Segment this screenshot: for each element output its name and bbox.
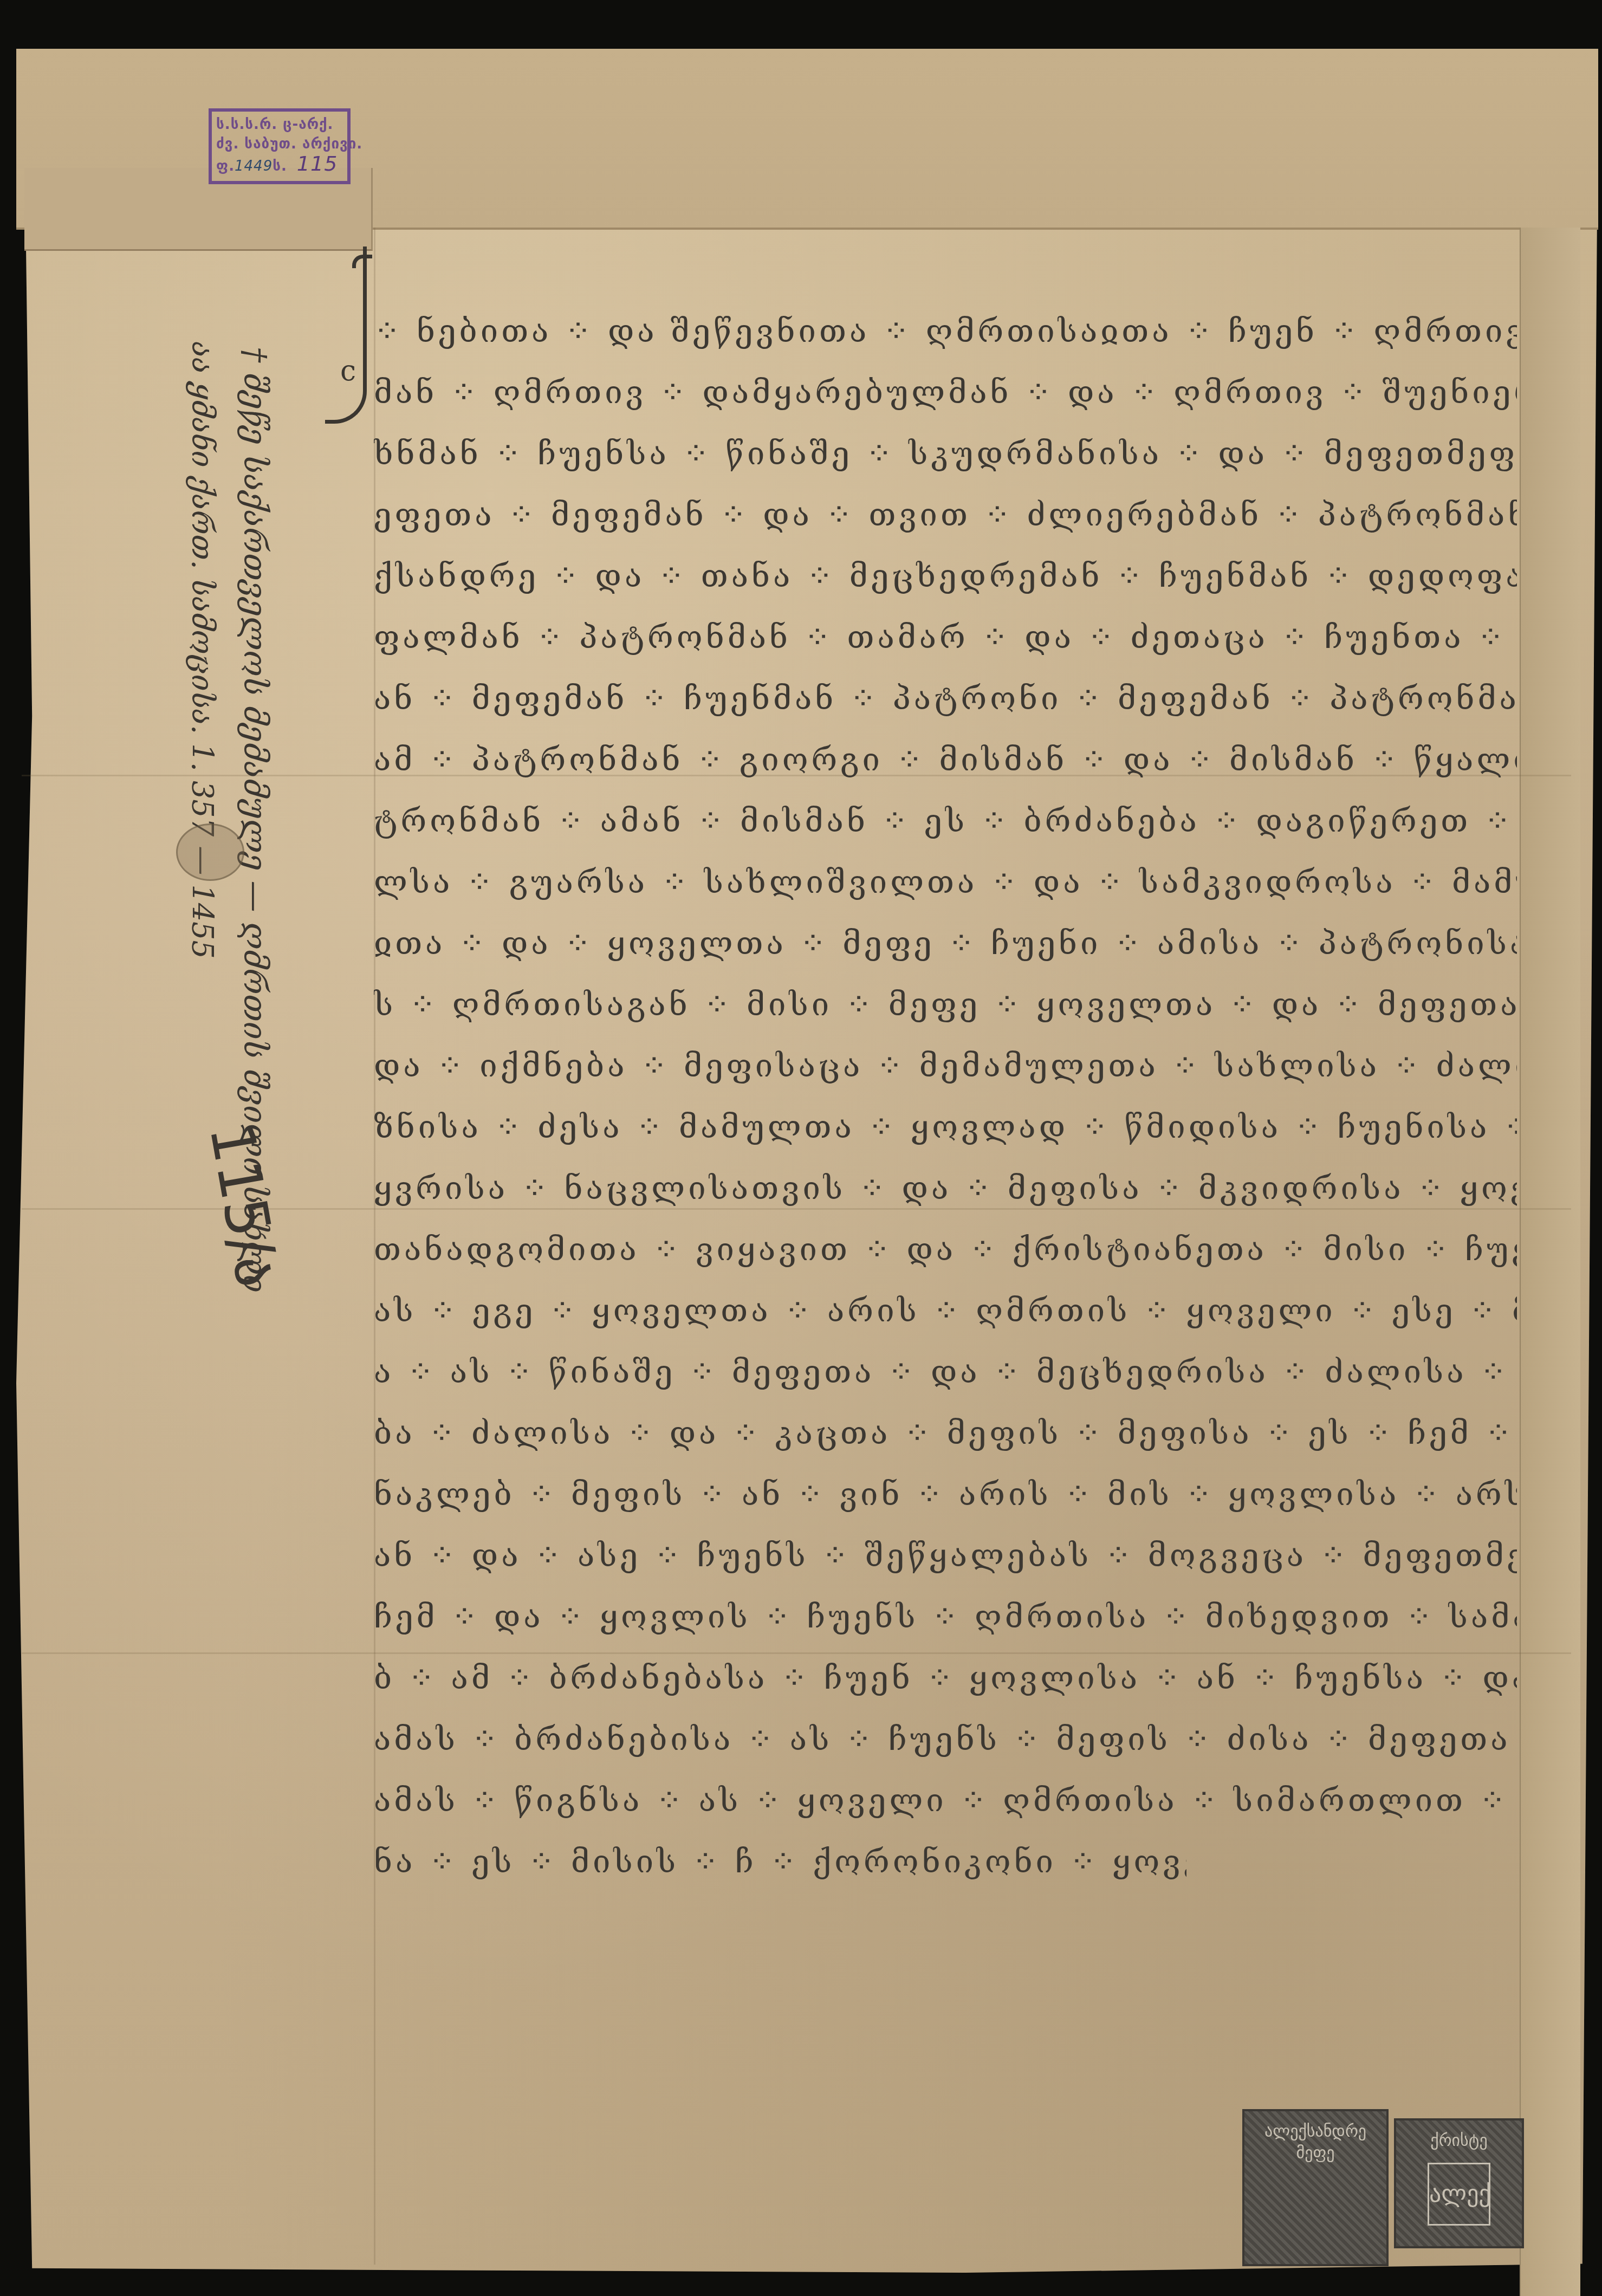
text-line: ეფეთა ⁘ მეფემან ⁘ და ⁘ თვით ⁘ ძლიერებმან… — [374, 484, 1517, 546]
text-line: ბა ⁘ ძალისა ⁘ და ⁘ კაცთა ⁘ მეფის ⁘ მეფის… — [374, 1403, 1517, 1464]
text-line: ფალმან ⁘ პატრონმან ⁘ თამარ ⁘ და ⁘ ძეთაცა… — [374, 607, 1517, 668]
text-line: ზნისა ⁘ ძესა ⁘ მამულთა ⁘ ყოვლად ⁘ წმიდის… — [374, 1097, 1517, 1158]
stamp-fond-prefix: ფ. — [216, 158, 235, 174]
seal-right-center: ალექ — [1428, 2163, 1490, 2226]
text-line: ქსანდრე ⁘ და ⁘ თანა ⁘ მეცხედრემან ⁘ ჩუენ… — [374, 546, 1517, 607]
text-line: ტრონმან ⁘ ამან ⁘ მისმან ⁘ ეს ⁘ ბრძანება … — [374, 790, 1517, 852]
text-line: ას ⁘ ეგე ⁘ ყოველთა ⁘ არის ⁘ ღმრთის ⁘ ყოვ… — [374, 1280, 1517, 1341]
text-line: ჲთა ⁘ და ⁘ ყოველთა ⁘ მეფე ⁘ ჩუენი ⁘ ამის… — [374, 913, 1517, 974]
text-line: ⁘ ნებითა ⁘ და შეწევნითა ⁘ ღმრთისაჲთა ⁘ ჩ… — [374, 301, 1517, 362]
text-line: ამას ⁘ ბრძანებისა ⁘ ას ⁘ ჩუენს ⁘ მეფის ⁘… — [374, 1709, 1517, 1770]
text-line: ხნმან ⁘ ჩუენსა ⁘ წინაშე ⁘ სკუდრმანისა ⁘ … — [374, 423, 1517, 484]
right-paper-strip — [1520, 228, 1580, 2296]
initial-cross-mark: c — [340, 355, 356, 387]
text-line: ნა ⁘ ეს ⁘ მისის ⁘ ჩ ⁘ ქორონიკონი ⁘ ყოველ… — [374, 1831, 1186, 1892]
stamp-line-3: ფ.1449ს.115 — [216, 154, 343, 176]
stamp-fond-number: 1449 — [235, 158, 273, 174]
seal-left-inscription: ალექსანდრე მეფე — [1264, 2122, 1366, 2163]
text-line: ამ ⁘ პატრონმან ⁘ გიორგი ⁘ მისმან ⁘ და ⁘ … — [374, 729, 1517, 790]
seal-left: ალექსანდრე მეფე — [1242, 2109, 1389, 2266]
decorative-initial — [325, 247, 367, 424]
text-line: ან ⁘ და ⁘ ასე ⁘ ჩუენს ⁘ შეწყალებას ⁘ მოგ… — [374, 1525, 1517, 1586]
text-line: მან ⁘ ღმრთივ ⁘ დამყარებულმან ⁘ და ⁘ ღმრთ… — [374, 362, 1517, 423]
text-line: ს ⁘ ღმრთისაგან ⁘ მისი ⁘ მეფე ⁘ ყოველთა ⁘… — [374, 974, 1517, 1035]
stamp-line-2: ძვ. საბუთ. არქივი. — [216, 134, 343, 154]
text-line: თანადგომითა ⁘ ვიყავით ⁘ და ⁘ ქრისტიანეთა… — [374, 1219, 1517, 1280]
charter-text: ⁘ ნებითა ⁘ და შეწევნითა ⁘ ღმრთისაჲთა ⁘ ჩ… — [374, 301, 1517, 1892]
archive-stamp: ს.ს.ს.რ. ც-არქ. ძვ. საბუთ. არქივი. ფ.144… — [209, 108, 351, 184]
text-line: ნაკლებ ⁘ მეფის ⁘ ან ⁘ ვინ ⁘ არის ⁘ მის ⁘… — [374, 1464, 1517, 1525]
stamp-fond-suffix: ს. — [273, 158, 287, 174]
text-line: ბ ⁘ ამ ⁘ ბრძანებასა ⁘ ჩუენ ⁘ ყოვლისა ⁘ ა… — [374, 1648, 1517, 1709]
seal-right: ქრისტე ალექ — [1394, 2118, 1524, 2248]
text-line: ჩემ ⁘ და ⁘ ყოვლის ⁘ ჩუენს ⁘ ღმრთისა ⁘ მი… — [374, 1586, 1517, 1648]
seal-right-inscription: ქრისტე — [1430, 2131, 1487, 2150]
stamp-line-1: ს.ს.ს.რ. ც-არქ. — [216, 115, 343, 134]
stamp-item-number: 115 — [297, 152, 338, 176]
text-line: ამას ⁘ წიგნსა ⁘ ას ⁘ ყოველი ⁘ ღმრთისა ⁘ … — [374, 1770, 1517, 1831]
text-line: და ⁘ იქმნება ⁘ მეფისაცა ⁘ მემამულეთა ⁘ ს… — [374, 1035, 1517, 1097]
wax-seal-trace — [176, 823, 244, 881]
text-line: ლსა ⁘ გუარსა ⁘ სახლიშვილთა ⁘ და ⁘ სამკვი… — [374, 852, 1517, 913]
text-line: ა ⁘ ას ⁘ წინაშე ⁘ მეფეთა ⁘ და ⁘ მეცხედრი… — [374, 1341, 1517, 1403]
text-line: ყვრისა ⁘ ნაცვლისათვის ⁘ და ⁘ მეფისა ⁘ მკ… — [374, 1158, 1517, 1219]
text-line: ან ⁘ მეფემან ⁘ ჩუენმან ⁘ პატრონი ⁘ მეფემ… — [374, 668, 1517, 729]
